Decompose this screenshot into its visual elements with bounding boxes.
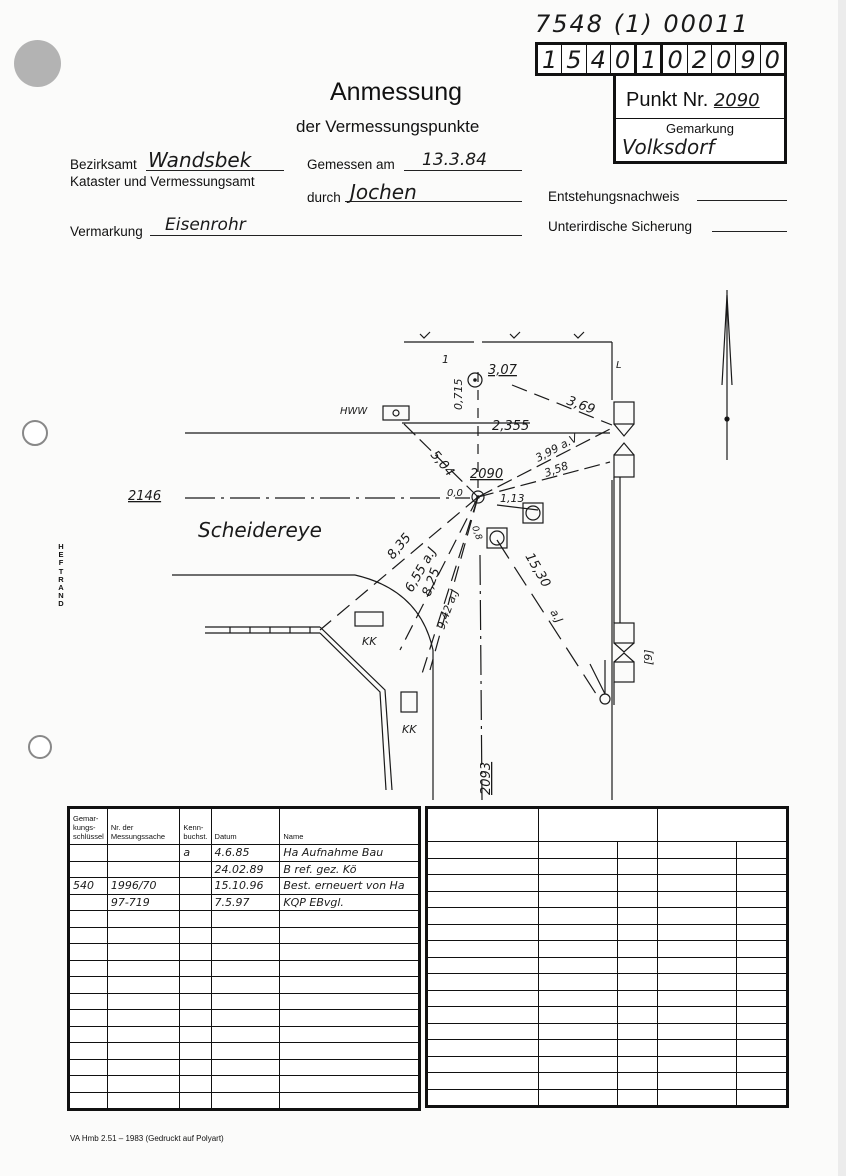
table-cell bbox=[69, 1092, 108, 1110]
table-row bbox=[69, 1043, 420, 1060]
table-cell bbox=[427, 1007, 539, 1024]
table-cell bbox=[618, 1023, 658, 1040]
table-row bbox=[427, 842, 788, 859]
table-cell bbox=[618, 990, 658, 1007]
table-cell bbox=[211, 1043, 280, 1060]
table-cell bbox=[180, 927, 211, 944]
table-cell bbox=[618, 875, 658, 892]
table-cell bbox=[538, 875, 617, 892]
table-cell bbox=[211, 1010, 280, 1027]
table-cell bbox=[107, 1026, 180, 1043]
table-row bbox=[427, 908, 788, 925]
table-cell bbox=[538, 1007, 617, 1024]
table-cell bbox=[658, 957, 737, 974]
table-cell bbox=[280, 1076, 420, 1093]
table-cell bbox=[658, 858, 737, 875]
table-row: 97-7197.5.97KQP EBvgl. bbox=[69, 894, 420, 911]
table-cell bbox=[180, 861, 211, 878]
measurement-label: 0,0 bbox=[447, 488, 463, 499]
table-cell bbox=[737, 1007, 788, 1024]
table-row bbox=[427, 924, 788, 941]
table-cell bbox=[107, 927, 180, 944]
table-cell bbox=[69, 993, 108, 1010]
table-cell bbox=[69, 1059, 108, 1076]
table-cell bbox=[658, 1007, 737, 1024]
table-cell bbox=[538, 924, 617, 941]
table-cell bbox=[427, 1073, 539, 1090]
table-cell bbox=[538, 842, 617, 859]
measurement-label: 5,04 bbox=[427, 448, 457, 480]
table-cell bbox=[618, 1073, 658, 1090]
table-cell bbox=[69, 1076, 108, 1093]
table-cell bbox=[107, 960, 180, 977]
table-cell bbox=[618, 908, 658, 925]
table-cell bbox=[180, 1010, 211, 1027]
table-cell bbox=[737, 875, 788, 892]
table-cell: 4.6.85 bbox=[211, 845, 280, 862]
table-row bbox=[427, 1007, 788, 1024]
table-cell bbox=[211, 1092, 280, 1110]
table-cell bbox=[618, 1089, 658, 1107]
table-cell bbox=[280, 960, 420, 977]
table-cell bbox=[427, 891, 539, 908]
table-row bbox=[427, 858, 788, 875]
table-cell bbox=[658, 842, 737, 859]
table-cell bbox=[658, 924, 737, 941]
table-cell bbox=[737, 941, 788, 958]
table-cell bbox=[211, 1026, 280, 1043]
measurement-label: 3,07 bbox=[488, 363, 518, 378]
table-cell bbox=[658, 1040, 737, 1057]
auxiliary-table bbox=[425, 806, 789, 1108]
table-cell bbox=[280, 977, 420, 994]
table-cell bbox=[211, 1059, 280, 1076]
table-cell bbox=[658, 1023, 737, 1040]
table-cell bbox=[180, 944, 211, 961]
table-cell bbox=[69, 960, 108, 977]
table-cell: KQP EBvgl. bbox=[280, 894, 420, 911]
table-cell bbox=[69, 845, 108, 862]
table-cell bbox=[69, 894, 108, 911]
table-cell bbox=[737, 974, 788, 991]
table-cell bbox=[658, 974, 737, 991]
table-row bbox=[69, 911, 420, 928]
table-cell bbox=[107, 1092, 180, 1110]
table-cell bbox=[211, 927, 280, 944]
table-cell bbox=[538, 1056, 617, 1073]
table-cell bbox=[280, 927, 420, 944]
table-cell bbox=[427, 842, 539, 859]
table-cell bbox=[427, 990, 539, 1007]
table-cell: B ref. gez. Kö bbox=[280, 861, 420, 878]
table-cell bbox=[69, 927, 108, 944]
table-cell: 7.5.97 bbox=[211, 894, 280, 911]
table-cell bbox=[211, 993, 280, 1010]
point-2146-label: 2146 bbox=[128, 489, 161, 504]
table-cell bbox=[69, 861, 108, 878]
table-cell bbox=[427, 858, 539, 875]
table-cell bbox=[658, 1073, 737, 1090]
table-cell bbox=[69, 977, 108, 994]
table-row: 24.02.89B ref. gez. Kö bbox=[69, 861, 420, 878]
table-cell bbox=[180, 1092, 211, 1110]
table-header: Kenn-buchst. bbox=[180, 808, 211, 845]
table-row bbox=[69, 1076, 420, 1093]
table-cell bbox=[618, 1007, 658, 1024]
table-cell bbox=[538, 1089, 617, 1107]
table-cell bbox=[538, 808, 657, 842]
survey-sketch: 209021462093Scheidereye1HWWKKKKL[9]3,070… bbox=[0, 0, 846, 800]
table-cell bbox=[427, 924, 539, 941]
table-cell: 1996/70 bbox=[107, 878, 180, 895]
measurement-history-table: Gemar-kungs-schlüsselNr. der Messungssac… bbox=[67, 806, 421, 1111]
table-cell bbox=[69, 911, 108, 928]
table-cell bbox=[538, 858, 617, 875]
table-cell bbox=[538, 1040, 617, 1057]
measurement-label: 0,715 bbox=[452, 379, 465, 411]
table-row bbox=[69, 1059, 420, 1076]
table-cell: a bbox=[180, 845, 211, 862]
table-cell bbox=[737, 908, 788, 925]
table-cell bbox=[107, 993, 180, 1010]
table-cell bbox=[427, 808, 539, 842]
l-mark-label: L bbox=[616, 360, 622, 371]
table-cell bbox=[280, 1026, 420, 1043]
table-cell bbox=[180, 977, 211, 994]
measurement-label: 3,69 bbox=[565, 394, 597, 418]
table-cell bbox=[180, 1059, 211, 1076]
measurement-label: 1,13 bbox=[500, 492, 525, 505]
table-cell bbox=[107, 1076, 180, 1093]
table-cell bbox=[737, 842, 788, 859]
table-cell bbox=[658, 1056, 737, 1073]
table-row bbox=[69, 1026, 420, 1043]
table-cell bbox=[427, 1056, 539, 1073]
table-cell bbox=[107, 1059, 180, 1076]
table-cell bbox=[69, 1010, 108, 1027]
table-cell bbox=[737, 924, 788, 941]
table-cell bbox=[211, 944, 280, 961]
table-cell bbox=[538, 1073, 617, 1090]
table-cell bbox=[107, 845, 180, 862]
table-cell bbox=[538, 974, 617, 991]
table-cell: 97-719 bbox=[107, 894, 180, 911]
table-cell bbox=[280, 911, 420, 928]
table-cell bbox=[658, 908, 737, 925]
table-cell bbox=[618, 891, 658, 908]
table-cell bbox=[280, 993, 420, 1010]
table-header: Name bbox=[280, 808, 420, 845]
table-cell bbox=[427, 1089, 539, 1107]
table-cell bbox=[658, 875, 737, 892]
table-cell bbox=[658, 1089, 737, 1107]
table-cell bbox=[427, 974, 539, 991]
point-2093-label: 2093 bbox=[479, 762, 494, 795]
table-row bbox=[427, 941, 788, 958]
measurement-label: 2,355 bbox=[492, 419, 529, 434]
table-cell bbox=[737, 1023, 788, 1040]
bracket-9-label: [9] bbox=[642, 649, 655, 665]
table-cell bbox=[280, 1092, 420, 1110]
table-row bbox=[69, 1092, 420, 1110]
table-cell bbox=[618, 858, 658, 875]
table-cell bbox=[107, 1010, 180, 1027]
kk-label: KK bbox=[362, 635, 377, 648]
table-row bbox=[427, 875, 788, 892]
table-cell bbox=[280, 1010, 420, 1027]
table-cell bbox=[618, 842, 658, 859]
measurement-label: 8,35 bbox=[385, 531, 415, 563]
table-cell bbox=[737, 1056, 788, 1073]
point-2090-label: 2090 bbox=[470, 467, 503, 482]
table-cell bbox=[538, 908, 617, 925]
table-cell: 15.10.96 bbox=[211, 878, 280, 895]
measurement-label: 9,42 a.J bbox=[435, 588, 461, 631]
kk-label: KK bbox=[402, 723, 417, 736]
hww-label: HWW bbox=[340, 406, 368, 417]
table-cell bbox=[211, 977, 280, 994]
table-cell bbox=[737, 891, 788, 908]
table-cell bbox=[737, 858, 788, 875]
table-cell bbox=[69, 944, 108, 961]
table-cell bbox=[107, 861, 180, 878]
table-cell bbox=[538, 990, 617, 1007]
table-row bbox=[69, 1010, 420, 1027]
table-cell bbox=[280, 1059, 420, 1076]
measurement-label: 15,30 bbox=[522, 551, 554, 591]
table-cell bbox=[427, 941, 539, 958]
table-row bbox=[69, 927, 420, 944]
table-cell bbox=[538, 1023, 617, 1040]
table-cell bbox=[427, 908, 539, 925]
table-cell bbox=[180, 1043, 211, 1060]
table-row bbox=[427, 1073, 788, 1090]
table-cell: 24.02.89 bbox=[211, 861, 280, 878]
table-cell bbox=[211, 960, 280, 977]
table-cell bbox=[180, 960, 211, 977]
table-row bbox=[427, 957, 788, 974]
table-row bbox=[69, 977, 420, 994]
table-cell bbox=[180, 1076, 211, 1093]
table-header: Datum bbox=[211, 808, 280, 845]
table-row: a4.6.85Ha Aufnahme Bau bbox=[69, 845, 420, 862]
table-cell bbox=[180, 911, 211, 928]
table-cell bbox=[211, 1076, 280, 1093]
table-cell bbox=[211, 911, 280, 928]
table-row bbox=[427, 1056, 788, 1073]
table-cell bbox=[180, 1026, 211, 1043]
table-row bbox=[427, 974, 788, 991]
table-cell: Best. erneuert von Ha bbox=[280, 878, 420, 895]
table-row: 5401996/7015.10.96Best. erneuert von Ha bbox=[69, 878, 420, 895]
table-cell bbox=[180, 894, 211, 911]
table-cell bbox=[737, 1073, 788, 1090]
street-name-label: Scheidereye bbox=[198, 518, 322, 542]
table-cell bbox=[538, 941, 617, 958]
table-cell bbox=[69, 1026, 108, 1043]
table-cell bbox=[427, 1023, 539, 1040]
table-cell bbox=[658, 808, 788, 842]
table-row bbox=[427, 1023, 788, 1040]
table-cell bbox=[280, 944, 420, 961]
table-cell bbox=[618, 941, 658, 958]
table-cell bbox=[107, 944, 180, 961]
point-marker-label: 1 bbox=[442, 353, 449, 366]
table-cell bbox=[107, 911, 180, 928]
table-row bbox=[69, 944, 420, 961]
measurement-label: 3,99 a.V bbox=[533, 431, 581, 465]
table-cell bbox=[618, 1040, 658, 1057]
table-row bbox=[427, 891, 788, 908]
table-cell bbox=[658, 941, 737, 958]
table-row bbox=[69, 993, 420, 1010]
form-footer: VA Hmb 2.51 – 1983 (Gedruckt auf Polyart… bbox=[70, 1134, 224, 1143]
table-cell bbox=[180, 993, 211, 1010]
table-cell bbox=[180, 878, 211, 895]
table-cell bbox=[737, 990, 788, 1007]
table-row bbox=[427, 1089, 788, 1107]
table-row bbox=[69, 960, 420, 977]
table-cell bbox=[658, 891, 737, 908]
table-cell bbox=[280, 1043, 420, 1060]
table-cell bbox=[737, 957, 788, 974]
table-cell bbox=[427, 875, 539, 892]
table-cell: 540 bbox=[69, 878, 108, 895]
table-row bbox=[427, 1040, 788, 1057]
table-cell bbox=[737, 1089, 788, 1107]
table-cell bbox=[618, 957, 658, 974]
table-row bbox=[427, 990, 788, 1007]
table-cell bbox=[107, 1043, 180, 1060]
table-cell: Ha Aufnahme Bau bbox=[280, 845, 420, 862]
table-cell bbox=[538, 891, 617, 908]
table-cell bbox=[427, 957, 539, 974]
table-cell bbox=[658, 990, 737, 1007]
table-cell bbox=[107, 977, 180, 994]
table-cell bbox=[538, 957, 617, 974]
table-cell bbox=[427, 1040, 539, 1057]
table-cell bbox=[618, 924, 658, 941]
table-cell bbox=[737, 1040, 788, 1057]
table-cell bbox=[69, 1043, 108, 1060]
table-cell bbox=[618, 1056, 658, 1073]
measurement-label: 0,8 bbox=[469, 525, 483, 542]
table-header: Gemar-kungs-schlüssel bbox=[69, 808, 108, 845]
table-cell bbox=[618, 974, 658, 991]
table-header: Nr. der Messungssache bbox=[107, 808, 180, 845]
